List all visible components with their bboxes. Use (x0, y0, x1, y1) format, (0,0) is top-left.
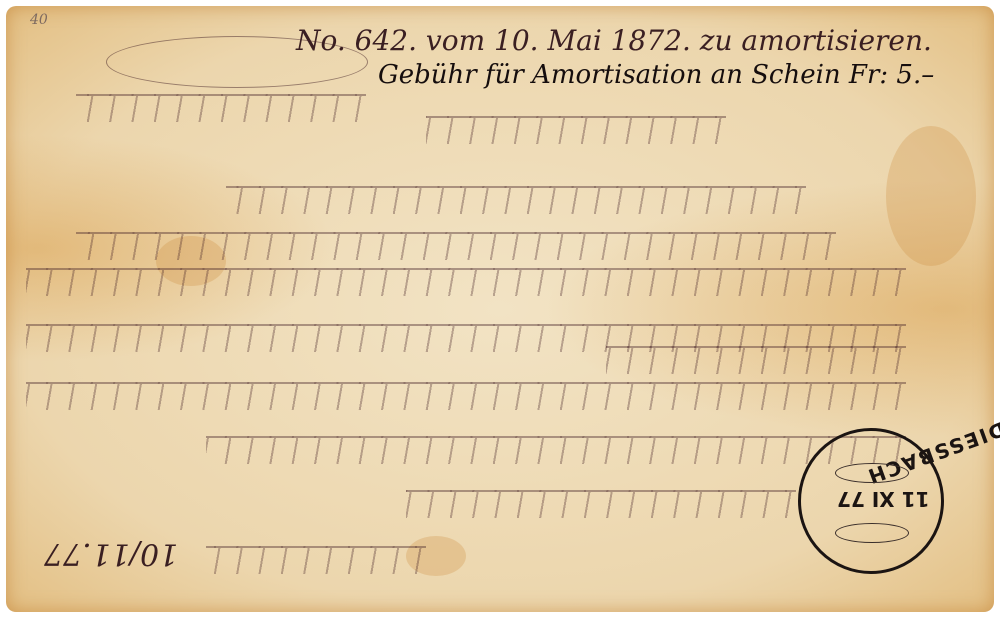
upside-down-script-line (206, 436, 906, 464)
upside-down-script-line (406, 490, 796, 518)
upside-down-script-line (26, 382, 906, 410)
fee-line: Gebühr für Amortisation an Schein Fr: 5.… (378, 60, 934, 90)
upside-down-script-line (76, 232, 836, 260)
water-stain (886, 126, 976, 266)
header-line: No. 642. vom 10. Mai 1872. zu amortisier… (296, 24, 932, 57)
signature-date: 10/11.77 (44, 536, 178, 571)
postmark-date: 11 XI 77 (837, 487, 929, 511)
upside-down-script-line (426, 116, 726, 144)
flourish-loop (106, 36, 368, 88)
upside-down-script-line (26, 268, 906, 296)
postmark-arc (835, 523, 909, 543)
upside-down-signature (206, 546, 426, 574)
upside-down-script-line (226, 186, 806, 214)
upside-down-script-line (76, 94, 366, 122)
postmark: DIESSBACH 11 XI 77 (798, 428, 944, 574)
pencil-note: 40 (30, 12, 48, 28)
postmark-arc (835, 463, 909, 483)
upside-down-script-line (606, 346, 906, 374)
